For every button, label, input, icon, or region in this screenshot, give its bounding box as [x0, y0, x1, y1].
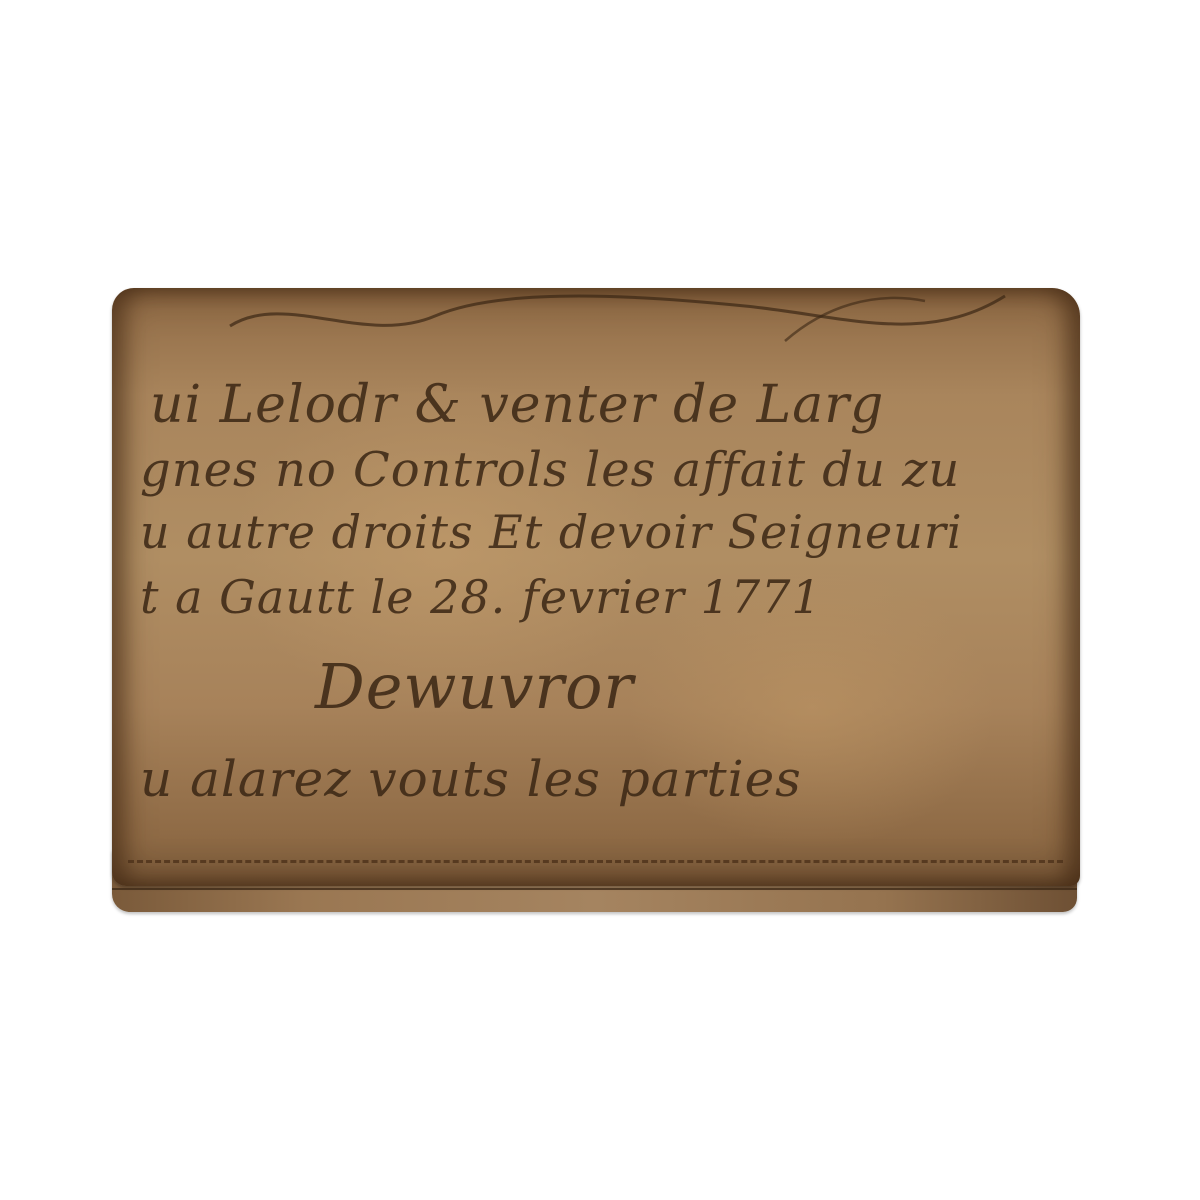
product-photo: ui Lelodr & venter de Larg gnes no Contr…	[0, 0, 1200, 1200]
engraved-line-1: ui Lelodr & venter de Larg	[150, 375, 884, 435]
flap-edge	[112, 888, 1077, 890]
stitching	[128, 860, 1063, 863]
engraved-signature: Dewuvror	[315, 650, 634, 723]
calligraphy-flourish	[225, 286, 1055, 356]
engraved-line-2: gnes no Controls les affait du zu	[140, 442, 960, 498]
engraved-line-6: u alarez vouts les parties	[140, 750, 802, 808]
engraved-line-3: u autre droits Et devoir Seigneuri	[140, 505, 963, 559]
engraved-line-4: t a Gautt le 28. fevrier 1771	[140, 570, 822, 624]
